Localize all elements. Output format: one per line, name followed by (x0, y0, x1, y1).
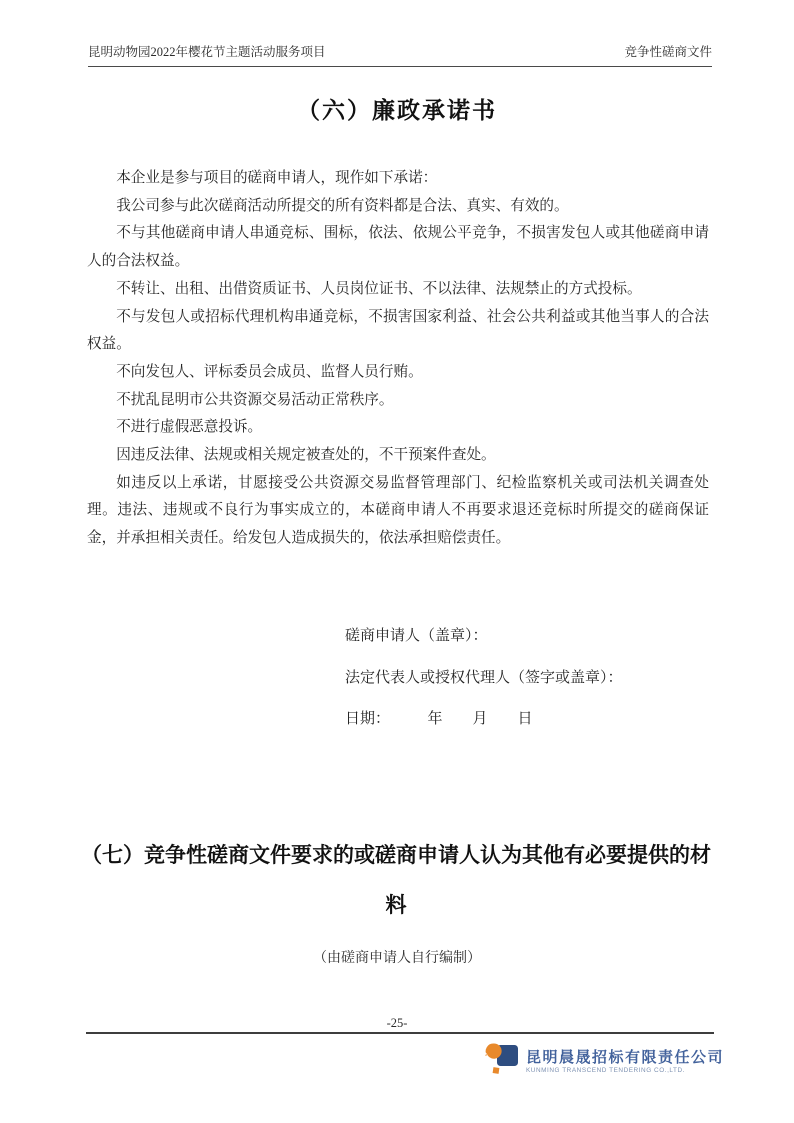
company-logo-icon (483, 1040, 521, 1083)
integrity-commitment-body: 本企业是参与项目的磋商申请人，现作如下承诺： 我公司参与此次磋商活动所提交的所有… (87, 165, 709, 553)
commitment-paragraph: 不向发包人、评标委员会成员、监督人员行贿。 (87, 359, 709, 387)
commitment-paragraph: 本企业是参与项目的磋商申请人，现作如下承诺： (87, 165, 709, 193)
company-logo: 昆明晨晟招标有限责任公司 KUNMING TRANSCEND TENDERING… (483, 1040, 724, 1083)
header-project-title: 昆明动物园2022年樱花节主题活动服务项目 (88, 42, 326, 60)
commitment-paragraph: 不与其他磋商申请人串通竞标、围标，依法、依规公平竞争，不损害发包人或其他磋商申请… (87, 220, 709, 275)
section-six-title: （六）廉政承诺书 (0, 92, 794, 125)
company-name-cn: 昆明晨晟招标有限责任公司 (526, 1049, 724, 1066)
signature-applicant-line: 磋商申请人（盖章）： (345, 616, 623, 658)
commitment-paragraph: 如违反以上承诺，甘愿接受公共资源交易监督管理部门、纪检监察机关或司法机关调查处理… (87, 470, 709, 553)
header-doc-type: 竞争性磋商文件 (624, 42, 712, 60)
document-page: 昆明动物园2022年樱花节主题活动服务项目 竞争性磋商文件 （六）廉政承诺书 本… (0, 0, 794, 1123)
section-seven-title: （七）竞争性磋商文件要求的或磋商申请人认为其他有必要提供的材料 (76, 831, 716, 931)
signature-representative-line: 法定代表人或授权代理人（签字或盖章）： (345, 658, 623, 700)
commitment-paragraph: 不扰乱昆明市公共资源交易活动正常秩序。 (87, 387, 709, 415)
page-number: -25- (0, 1016, 794, 1031)
footer-divider (86, 1032, 714, 1034)
commitment-paragraph: 我公司参与此次磋商活动所提交的所有资料都是合法、真实、有效的。 (87, 193, 709, 221)
company-name-en: KUNMING TRANSCEND TENDERING CO.,LTD. (526, 1067, 724, 1075)
company-logo-text: 昆明晨晟招标有限责任公司 KUNMING TRANSCEND TENDERING… (526, 1049, 724, 1075)
commitment-paragraph: 不转让、出租、出借资质证书、人员岗位证书、不以法律、法规禁止的方式投标。 (87, 276, 709, 304)
commitment-paragraph: 因违反法律、法规或相关规定被查处的，不干预案件查处。 (87, 442, 709, 470)
commitment-paragraph: 不与发包人或招标代理机构串通竞标，不损害国家利益、社会公共利益或其他当事人的合法… (87, 304, 709, 359)
commitment-paragraph: 不进行虚假恶意投诉。 (87, 414, 709, 442)
signature-block: 磋商申请人（盖章）： 法定代表人或授权代理人（签字或盖章）： 日期： 年 月 日 (345, 616, 623, 741)
signature-date-line: 日期： 年 月 日 (345, 699, 623, 741)
section-seven-note: （由磋商申请人自行编制） (0, 947, 794, 967)
page-header: 昆明动物园2022年樱花节主题活动服务项目 竞争性磋商文件 (88, 42, 712, 67)
